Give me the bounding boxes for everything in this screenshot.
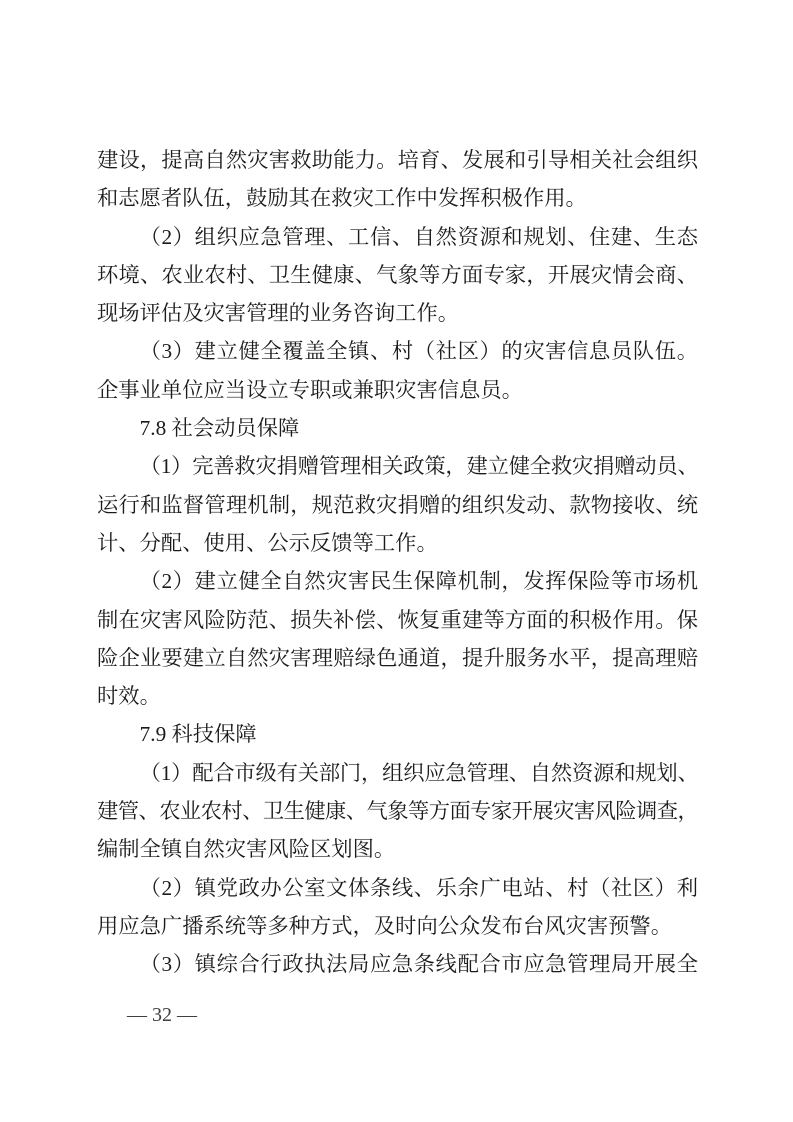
text-line: 环境、农业农村、卫生健康、气象等方面专家，开展灾情会商、: [97, 256, 698, 294]
page-footer: — 32 —: [127, 1003, 197, 1027]
text-line: （1）配合市级有关部门，组织应急管理、自然资源和规划、: [97, 754, 698, 792]
paragraph: （2）镇党政办公室文体条线、乐余广电站、村（社区）利 用应急广播系统等多种方式，…: [97, 869, 698, 946]
text-line: 现场评估及灾害管理的业务咨询工作。: [97, 294, 698, 332]
section-heading-7-9: 7.9 科技保障: [97, 715, 698, 753]
text-line: 编制全镇自然灾害风险区划图。: [97, 830, 698, 868]
section: 7.9 科技保障: [97, 715, 698, 753]
paragraph: （1）配合市级有关部门，组织应急管理、自然资源和规划、 建管、农业农村、卫生健康…: [97, 754, 698, 869]
text-line: （1）完善救灾捐赠管理相关政策，建立健全救灾捐赠动员、: [97, 447, 698, 485]
text-line: 企事业单位应当设立专职或兼职灾害信息员。: [97, 371, 698, 409]
text-line: （2）镇党政办公室文体条线、乐余广电站、村（社区）利: [97, 869, 698, 907]
text-line: 和志愿者队伍，鼓励其在救灾工作中发挥积极作用。: [97, 179, 698, 217]
text-line: 计、分配、使用、公示反馈等工作。: [97, 524, 698, 562]
text-line: 用应急广播系统等多种方式，及时向公众发布台风灾害预警。: [97, 907, 698, 945]
text-line: （3）镇综合行政执法局应急条线配合市应急管理局开展全: [97, 945, 698, 983]
page-number: — 32 —: [127, 1004, 197, 1026]
paragraph: （3）建立健全覆盖全镇、村（社区）的灾害信息员队伍。 企事业单位应当设立专职或兼…: [97, 332, 698, 409]
text-line: 时效。: [97, 677, 698, 715]
page-text-body: 建设，提高自然灾害救助能力。培育、发展和引导相关社会组织 和志愿者队伍，鼓励其在…: [97, 141, 698, 984]
section-heading-7-8: 7.8 社会动员保障: [97, 409, 698, 447]
text-line: 险企业要建立自然灾害理赔绿色通道，提升服务水平，提高理赔: [97, 639, 698, 677]
section: 7.8 社会动员保障: [97, 409, 698, 447]
paragraph: （2）组织应急管理、工信、自然资源和规划、住建、生态 环境、农业农村、卫生健康、…: [97, 218, 698, 333]
text-line: 建设，提高自然灾害救助能力。培育、发展和引导相关社会组织: [97, 141, 698, 179]
paragraph: （3）镇综合行政执法局应急条线配合市应急管理局开展全: [97, 945, 698, 983]
text-line: （2）组织应急管理、工信、自然资源和规划、住建、生态: [97, 218, 698, 256]
paragraph: 建设，提高自然灾害救助能力。培育、发展和引导相关社会组织 和志愿者队伍，鼓励其在…: [97, 141, 698, 218]
text-line: 制在灾害风险防范、损失补偿、恢复重建等方面的积极作用。保: [97, 601, 698, 639]
paragraph: （1）完善救灾捐赠管理相关政策，建立健全救灾捐赠动员、 运行和监督管理机制，规范…: [97, 447, 698, 562]
text-line: （2）建立健全自然灾害民生保障机制，发挥保险等市场机: [97, 562, 698, 600]
text-line: （3）建立健全覆盖全镇、村（社区）的灾害信息员队伍。: [97, 332, 698, 370]
paragraph: （2）建立健全自然灾害民生保障机制，发挥保险等市场机 制在灾害风险防范、损失补偿…: [97, 562, 698, 715]
text-line: 建管、农业农村、卫生健康、气象等方面专家开展灾害风险调查，: [97, 792, 698, 830]
document-page: 建设，提高自然灾害救助能力。培育、发展和引导相关社会组织 和志愿者队伍，鼓励其在…: [0, 0, 793, 1122]
text-line: 运行和监督管理机制，规范救灾捐赠的组织发动、款物接收、统: [97, 486, 698, 524]
